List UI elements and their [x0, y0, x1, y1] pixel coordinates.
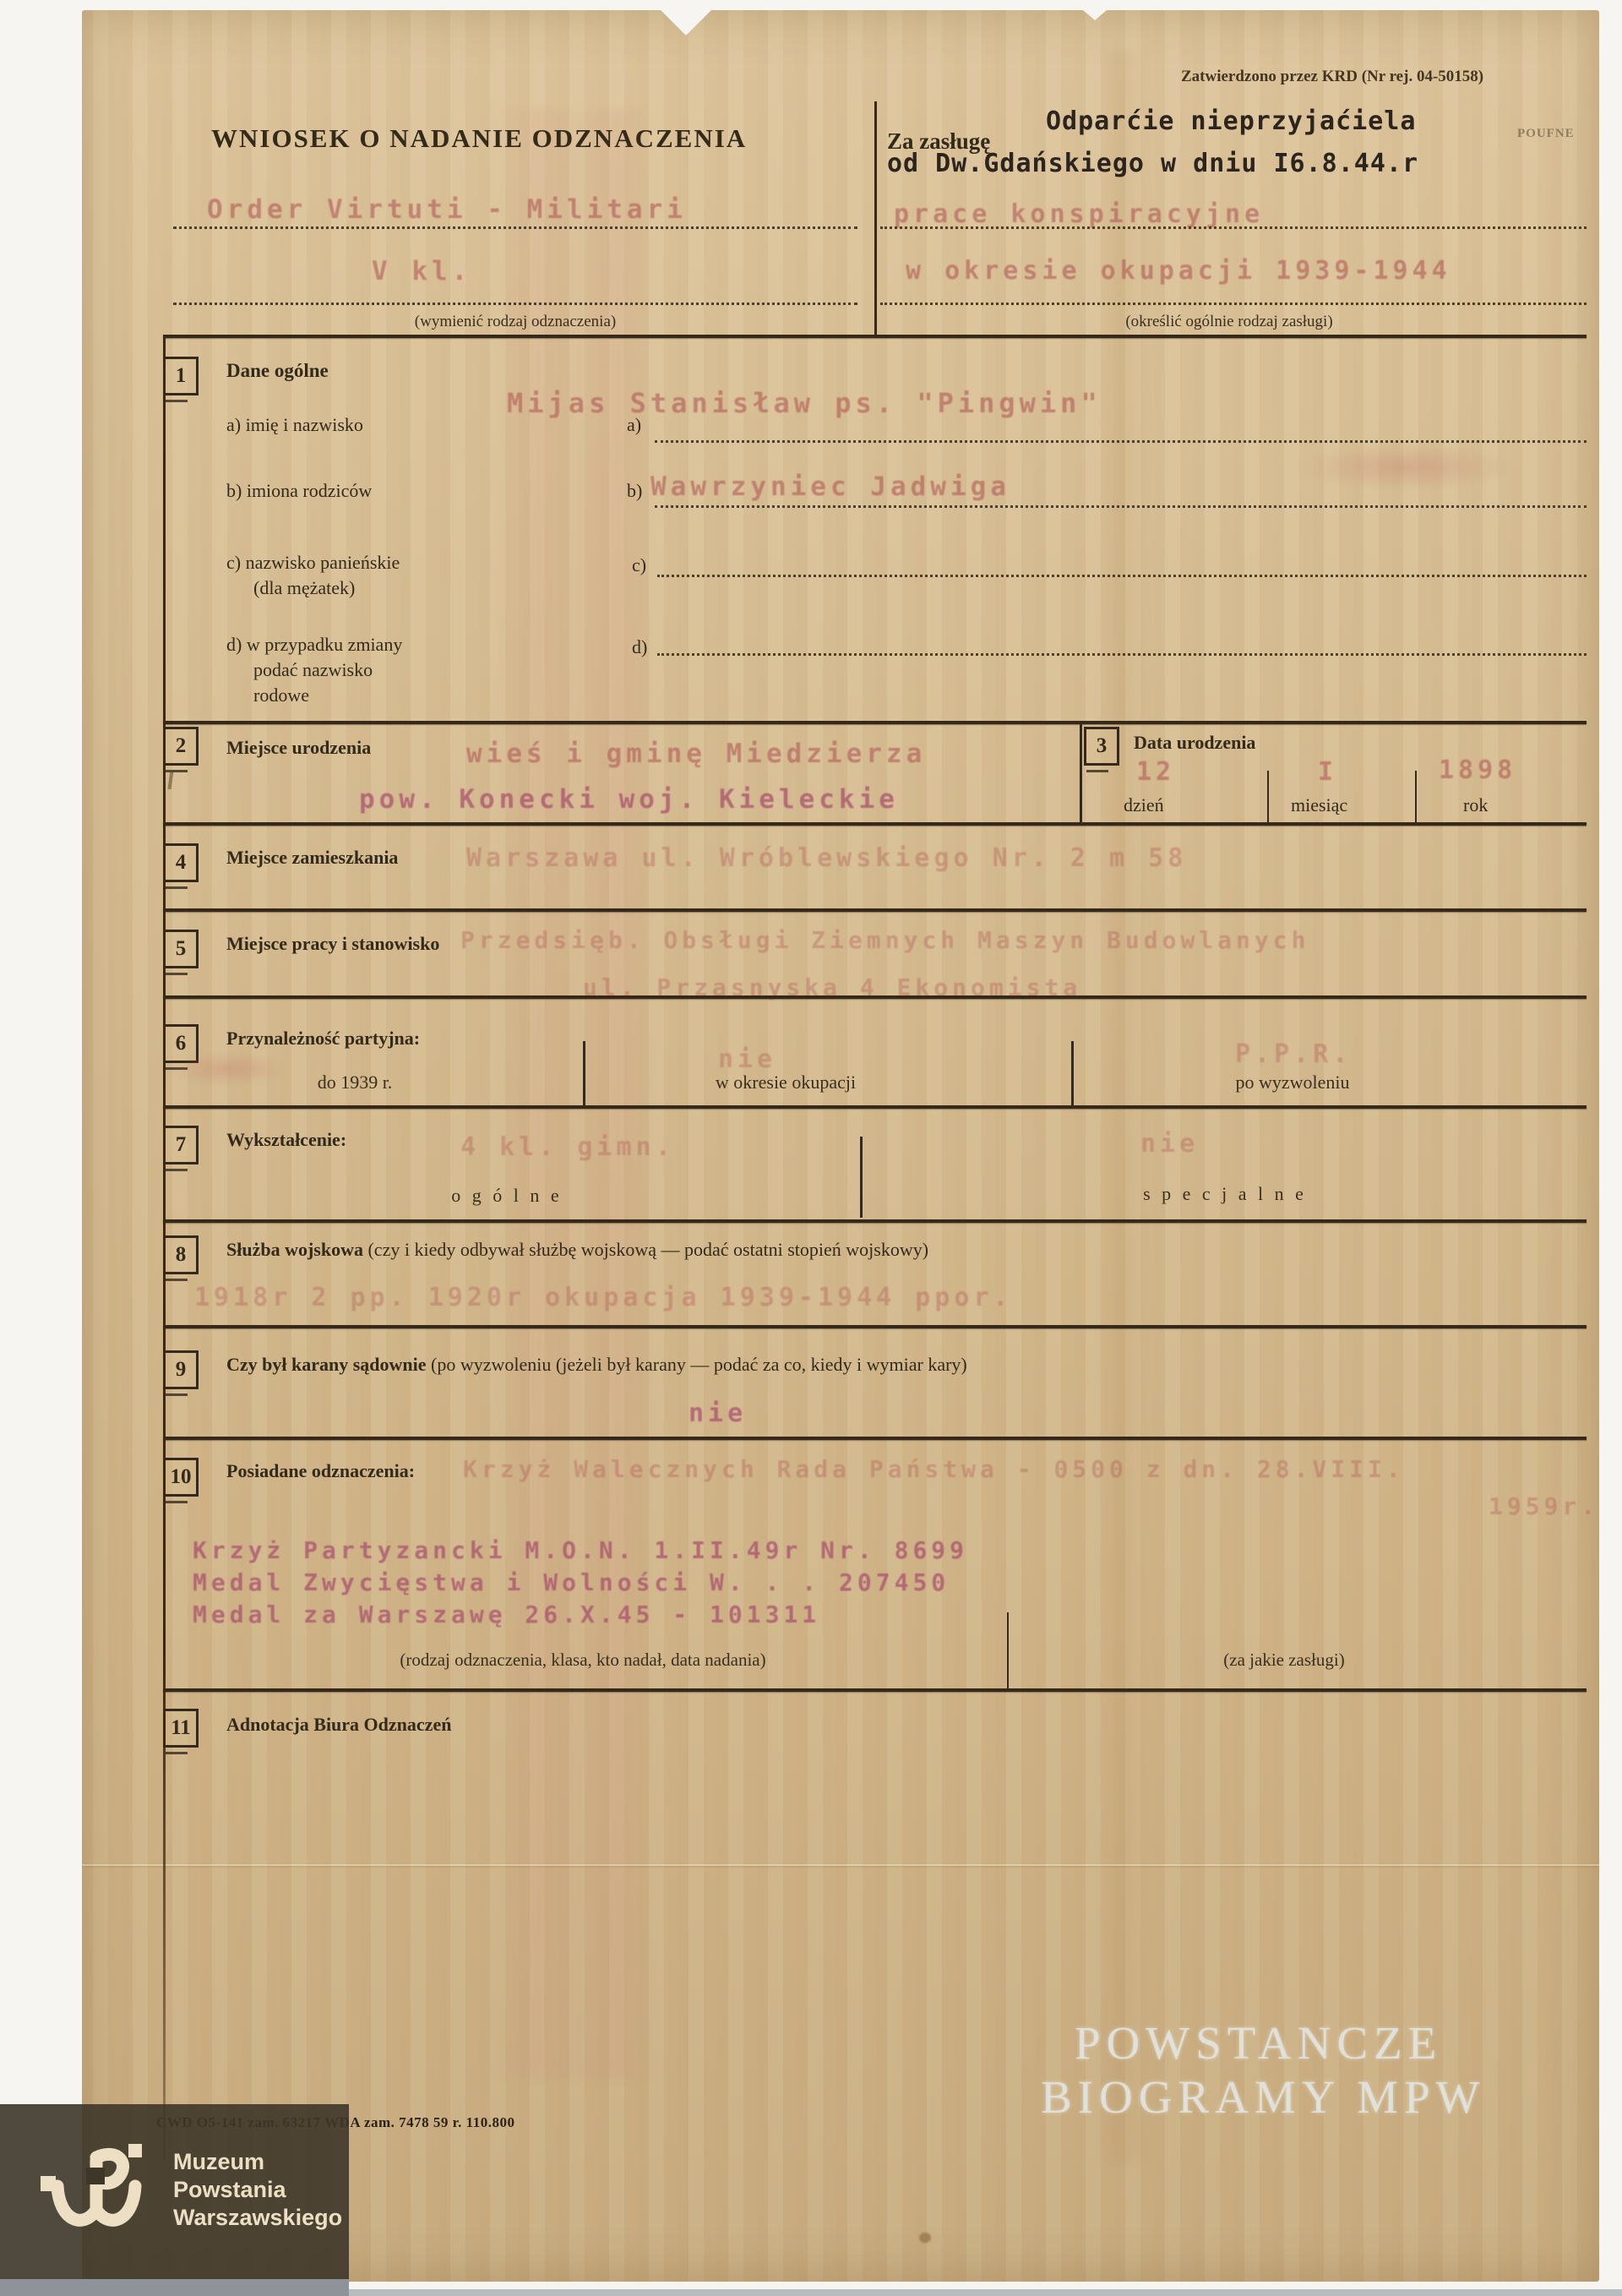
rule-1: [163, 721, 1587, 724]
bottom-gray-strip: [0, 2279, 349, 2296]
decorations-typed-line1b: 1959r.: [1489, 1492, 1599, 1520]
section-5-label: Miejsce pracy i stanowisko: [226, 933, 439, 955]
section-10-label: Posiadane odznaczenia:: [226, 1460, 415, 1482]
section-1-title: Dane ogólne: [226, 360, 329, 382]
field-b-dotted-line: [655, 505, 1587, 508]
merit-faint-line1: prace konspiracyjne: [894, 199, 1264, 229]
section-2-label: Miejsce urodzenia: [226, 737, 371, 759]
pw-anchor-icon: [34, 2142, 161, 2261]
decorations-typed-line3: Medal Zwycięstwa i Wolności W. . . 20745…: [193, 1568, 950, 1596]
decorations-typed-line1: Krzyż Walecznych Rada Państwa - 0500 z d…: [463, 1455, 1405, 1483]
education-col-divider: [860, 1137, 863, 1218]
decoration-typed-line1: Order Virtuti - Militari: [207, 194, 687, 225]
convictions-typed-value: nie: [689, 1399, 747, 1428]
section-9-label: Czy był karany sądownie: [226, 1354, 427, 1375]
birthdate-col-divider-2: [1415, 771, 1417, 823]
section-8-paren: (czy i kiedy odbywał służbę wojskową — p…: [367, 1239, 928, 1260]
torn-notch: [661, 10, 711, 35]
merit-typed-line1: Odparćie nieprzyjaćiela: [1046, 106, 1416, 136]
birthdate-day-value: 12: [1136, 757, 1175, 787]
rule-9: [163, 1437, 1587, 1440]
party-col-divider-1: [583, 1041, 585, 1105]
scanned-document-page: Zatwierdzono przez KRD (Nr rej. 04-50158…: [0, 0, 1622, 2296]
section-2-number: 2: [163, 727, 199, 766]
torn-nick: [1083, 10, 1107, 20]
education-col2-label: s p e c j a l n e: [1039, 1183, 1411, 1205]
stain-dot: [919, 2233, 931, 2243]
section-3-label: Data urodzenia: [1134, 732, 1255, 754]
rule-10: [163, 1688, 1587, 1692]
birthdate-month-value: I: [1318, 757, 1337, 787]
workplace-typed-line1: Przedsięb. Obsługi Ziemnych Maszyn Budow…: [460, 926, 1309, 954]
birthdate-year-label: rok: [1463, 794, 1488, 816]
museum-name-line1: Muzeum: [173, 2148, 342, 2176]
field-d-mark: d): [632, 636, 647, 658]
rule-6: [163, 1105, 1587, 1109]
horizontal-crease: [82, 1864, 1599, 1866]
birthdate-col-divider-1: [1267, 771, 1269, 823]
section-7-number: 7: [163, 1126, 199, 1164]
field-a-typed-value: Mijas Stanisław ps. "Pingwin": [507, 387, 1102, 419]
section-8-number: 8: [163, 1235, 199, 1274]
education-special-value: nie: [1140, 1129, 1199, 1159]
merit-dotted-line1: [880, 226, 1587, 229]
museum-name-line2: Powstania: [173, 2176, 342, 2204]
section-3-number: 3: [1084, 727, 1119, 766]
confidential-overprint: POUFNE: [1517, 127, 1575, 141]
field-a-label: a) imię i nazwisko: [226, 414, 363, 436]
bottom-edge-strip: [349, 2289, 1622, 2296]
field-c-mark: c): [632, 554, 646, 576]
section-10-number: 10: [163, 1458, 199, 1497]
party-col3-label: po wyzwoleniu: [1166, 1072, 1419, 1093]
field-b-mark: b): [627, 480, 642, 502]
section-9-paren: (po wyzwoleniu (jeżeli był karany — poda…: [431, 1354, 967, 1375]
field-c-label: c) nazwisko panieńskie: [226, 552, 400, 574]
field-d-dotted-line: [657, 653, 1587, 656]
rule-2: [163, 822, 1587, 826]
rule-4: [163, 908, 1587, 912]
section-7-label: Wykształcenie:: [226, 1129, 346, 1151]
section-5-number: 5: [163, 930, 199, 968]
decorations-caption-left: (rodzaj odznaczenia, klasa, kto nadał, d…: [287, 1650, 879, 1671]
watermark-line1: POWSTANCZE: [1075, 2016, 1442, 2070]
header-divider: [874, 101, 877, 336]
merit-dotted-line2: [880, 303, 1587, 305]
party-col2-label: w okresie okupacji: [642, 1072, 929, 1093]
form-title: WNIOSEK O NADANIE ODZNACZENIA: [211, 123, 747, 154]
decoration-caption: (wymienić rodzaj odznaczenia): [253, 313, 777, 331]
education-general-value: 4 kl. gimn.: [460, 1132, 675, 1162]
merit-typed-line2: od Dw.Gdańskiego w dniu I6.8.44.r: [887, 149, 1418, 178]
museum-name-line3: Warszawskiego: [173, 2204, 342, 2232]
residence-typed-value: Warszawa ul. Wróblewskiego Nr. 2 m 58: [466, 843, 1187, 873]
decorations-caption-divider: [1007, 1612, 1009, 1688]
section-3-divider: [1080, 723, 1082, 823]
decoration-dotted-line2: [173, 303, 857, 305]
field-c-dotted-line: [657, 575, 1587, 577]
birthplace-typed-line1: wieś i gminę Miedzierza: [466, 739, 926, 769]
section-11-label: Adnotacja Biura Odznaczeń: [226, 1714, 451, 1736]
decorations-caption-right: (za jakie zasługi): [1115, 1650, 1453, 1671]
merit-faint-line2: w okresie okupacji 1939-1944: [906, 256, 1451, 286]
watermark-line2: BIOGRAMY MPW: [1041, 2070, 1486, 2124]
education-col1-label: o g ó l n e: [355, 1185, 659, 1207]
faded-stamp-smudge: [1301, 444, 1512, 490]
birthdate-year-value: 1898: [1439, 755, 1516, 785]
decoration-typed-line2: V kl.: [372, 256, 471, 286]
decoration-dotted-line1: [173, 226, 857, 229]
birthplace-typed-line2: pow. Konecki woj. Kieleckie: [359, 784, 899, 815]
museum-overlay-box: Muzeum Powstania Warszawskiego: [0, 2104, 349, 2279]
birthdate-month-label: miesiąc: [1291, 794, 1347, 816]
party-col1-label: do 1939 r.: [245, 1072, 465, 1093]
field-d-label: d) w przypadku zmiany: [226, 634, 402, 656]
party-postwar-value: P.P.R.: [1235, 1039, 1352, 1069]
rule-header: [163, 335, 1587, 338]
section-6-label: Przynależność partyjna:: [226, 1028, 420, 1050]
section-4-label: Miejsce zamieszkania: [226, 847, 398, 869]
field-d-sublabel2: rodowe: [253, 684, 309, 706]
rule-5: [163, 995, 1587, 999]
approval-note: Zatwierdzono przez KRD (Nr rej. 04-50158…: [1181, 68, 1483, 86]
decorations-typed-line4: Medal za Warszawę 26.X.45 - 101311: [193, 1601, 820, 1628]
section-8-label: Służba wojskowa: [226, 1239, 363, 1260]
field-c-sublabel: (dla mężatek): [253, 577, 355, 599]
party-occupation-value: nie: [718, 1044, 776, 1074]
section-1-number: 1: [163, 357, 199, 395]
party-col-divider-2: [1071, 1041, 1074, 1105]
rule-7: [163, 1219, 1587, 1223]
section-4-number: 4: [163, 843, 199, 882]
section-11-number: 11: [163, 1709, 199, 1748]
field-a-dotted-line: [655, 440, 1587, 443]
decorations-typed-line2: Krzyż Partyzancki M.O.N. 1.II.49r Nr. 86…: [193, 1536, 968, 1564]
field-d-sublabel1: podać nazwisko: [253, 659, 373, 681]
section-9-number: 9: [163, 1350, 199, 1389]
military-service-typed-value: 1918r 2 pp. 1920r okupacja 1939-1944 ppo…: [194, 1283, 1013, 1312]
rule-8: [163, 1325, 1587, 1328]
field-b-typed-value: Wawrzyniec Jadwiga: [650, 472, 1010, 502]
merit-caption: (określić ogólnie rodzaj zasługi): [972, 313, 1487, 331]
field-b-label: b) imiona rodziców: [226, 480, 372, 502]
birthdate-day-label: dzień: [1124, 794, 1164, 816]
